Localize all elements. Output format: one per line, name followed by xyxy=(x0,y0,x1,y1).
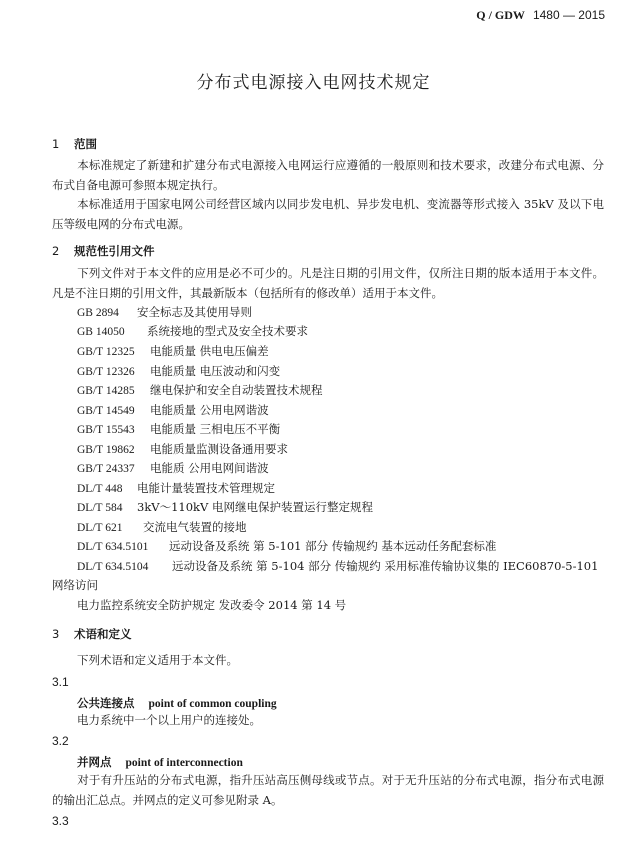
paragraph: 下列文件对于本文件的应用是必不可少的。凡是注日期的引用文件，仅所注日期的版本适用… xyxy=(52,264,604,303)
section-heading-2: 2规范性引用文件 xyxy=(52,243,155,259)
clause-number: 3.1 xyxy=(52,675,69,689)
paragraph: 下列术语和定义适用于本文件。 xyxy=(77,652,238,668)
term-heading: 公共连接点point of common coupling xyxy=(77,695,277,711)
clause-number: 3.3 xyxy=(52,814,69,828)
reference-item: GB/T 12325电能质量 供电电压偏差 xyxy=(77,343,269,359)
reference-item: DL/T 634.5104远动设备及系统 第 5-104 部分 传输规约 采用标… xyxy=(77,558,598,574)
section-title: 范围 xyxy=(74,137,97,151)
reference-item: GB/T 15543电能质量 三相电压不平衡 xyxy=(77,421,280,437)
reference-item: DL/T 448电能计量装置技术管理规定 xyxy=(77,480,275,496)
paragraph: 本标准规定了新建和扩建分布式电源接入电网运行应遵循的一般原则和技术要求，改建分布… xyxy=(52,156,604,195)
term-en: point of common coupling xyxy=(149,698,277,710)
clause-number: 3.2 xyxy=(52,734,69,748)
section-number: 1 xyxy=(52,137,74,151)
term-zh: 并网点 xyxy=(77,755,112,769)
reference-item: GB/T 12326电能质量 电压波动和闪变 xyxy=(77,363,280,379)
reference-item: GB/T 14285继电保护和安全自动装置技术规程 xyxy=(77,382,323,398)
section-number: 3 xyxy=(52,627,74,641)
section-heading-3: 3术语和定义 xyxy=(52,626,132,642)
term-en: point of interconnection xyxy=(126,757,243,769)
paragraph: 本标准适用于国家电网公司经营区域内以同步发电机、异步发电机、变流器等形式接入 3… xyxy=(52,195,604,234)
reference-continuation: 网络访问 xyxy=(52,577,98,593)
document-title: 分布式电源接入电网技术规定 xyxy=(0,68,627,93)
term-heading: 并网点point of interconnection xyxy=(77,754,243,770)
term-definition: 对于有升压站的分布式电源，指升压站高压侧母线或节点。对于无升压站的分布式电源，指… xyxy=(52,771,604,810)
term-zh: 公共连接点 xyxy=(77,696,135,710)
section-heading-1: 1范围 xyxy=(52,136,97,152)
reference-item: GB/T 24337电能质 公用电网间谐波 xyxy=(77,460,269,476)
reference-item: DL/T 621交流电气装置的接地 xyxy=(77,519,247,535)
term-definition: 电力系统中一个以上用户的连接处。 xyxy=(77,712,261,728)
standard-prefix: Q / GDW xyxy=(476,8,525,22)
section-title: 规范性引用文件 xyxy=(74,244,155,258)
section-number: 2 xyxy=(52,244,74,258)
reference-item: DL/T 634.5101远动设备及系统 第 5-101 部分 传输规约 基本远… xyxy=(77,538,496,554)
reference-item: GB 2894安全标志及其使用导则 xyxy=(77,304,252,320)
reference-item: DL/T 5843kV～110kV 电网继电保护装置运行整定规程 xyxy=(77,499,373,515)
reference-item: GB/T 14549电能质量 公用电网谐波 xyxy=(77,402,269,418)
reference-item: GB 14050系统接地的型式及安全技术要求 xyxy=(77,323,308,339)
standard-number: 1480 — 2015 xyxy=(533,8,605,22)
reference-item: GB/T 19862电能质量监测设备通用要求 xyxy=(77,441,288,457)
standard-code: Q / GDW1480 — 2015 xyxy=(476,8,605,23)
reference-item: 电力监控系统安全防护规定 发改委令 2014 第 14 号 xyxy=(77,597,346,613)
section-title: 术语和定义 xyxy=(74,627,132,641)
